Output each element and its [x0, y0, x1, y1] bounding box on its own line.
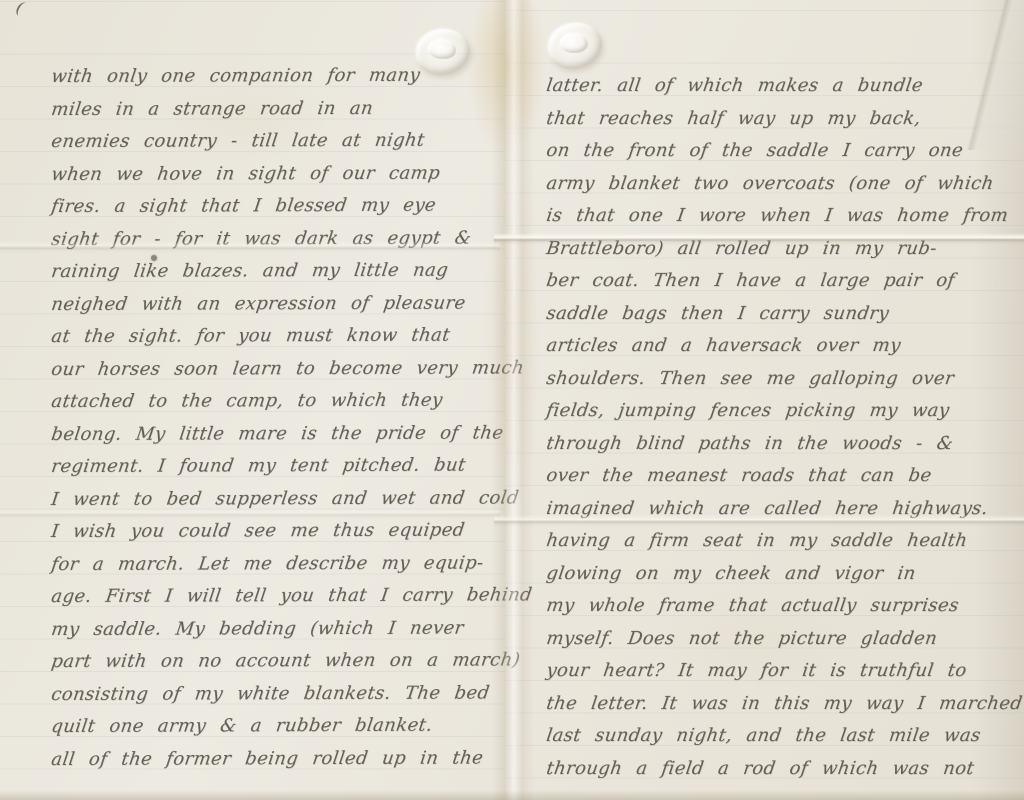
handwritten-line: the letter. It was in this my way I marc…	[544, 688, 1023, 721]
handwritten-line: army blanket two overcoats (one of which	[544, 168, 1023, 201]
handwritten-line: having a firm seat in my saddle health	[544, 525, 1023, 558]
handwritten-line: that reaches half way up my back,	[544, 103, 1023, 136]
handwritten-line: over the meanest roads that can be	[544, 460, 1023, 493]
handwritten-line: our horses soon learn to become very muc…	[49, 352, 506, 386]
handwritten-line: age. First I will tell you that I carry …	[49, 579, 506, 613]
handwritten-line: ber coat. Then I have a large pair of	[544, 265, 1023, 298]
handwritten-line: enemies country - till late at night	[49, 124, 506, 158]
handwritten-line: my saddle. My bedding (which I never	[49, 612, 506, 646]
page-left-text: with only one companion for manymiles in…	[50, 61, 502, 776]
handwritten-line: attached to the camp, to which they	[49, 384, 506, 418]
page-right-text: latter. all of which makes a bundlethat …	[545, 70, 1019, 785]
handwritten-line: imagined which are called here highways.	[544, 493, 1023, 526]
handwritten-line: latter. all of which makes a bundle	[544, 70, 1023, 103]
handwritten-line: miles in a strange road in an	[49, 92, 506, 126]
handwritten-line: articles and a haversack over my	[544, 330, 1023, 363]
handwritten-line: glowing on my cheek and vigor in	[544, 558, 1023, 591]
handwritten-line: I went to bed supperless and wet and col…	[49, 482, 506, 516]
handwritten-line: last sunday night, and the last mile was	[544, 720, 1023, 753]
handwritten-line: neighed with an expression of pleasure	[49, 287, 506, 321]
letter-page-left: with only one companion for manymiles in…	[0, 0, 505, 800]
handwritten-line: regiment. I found my tent pitched. but	[49, 449, 506, 483]
handwritten-line: saddle bags then I carry sundry	[544, 298, 1023, 331]
handwritten-line: belong. My little mare is the pride of t…	[49, 417, 506, 451]
handwritten-line: quilt one army & a rubber blanket.	[49, 709, 506, 743]
handwritten-line: consisting of my white blankets. The bed	[49, 677, 506, 711]
handwritten-line: when we hove in sight of our camp	[49, 157, 506, 191]
handwritten-line: sight for - for it was dark as egypt &	[49, 222, 506, 256]
handwritten-line: is that one I wore when I was home from	[544, 200, 1023, 233]
handwritten-line: raining like blazes. and my little nag	[49, 254, 506, 288]
letter-scan: with only one companion for manymiles in…	[0, 0, 1024, 800]
handwritten-line: for a march. Let me describe my equip-	[49, 547, 506, 581]
handwritten-line: your heart? It may for it is truthful to	[544, 655, 1023, 688]
handwritten-line: I wish you could see me thus equiped	[49, 514, 506, 548]
handwritten-line: my whole frame that actually surprises	[544, 590, 1023, 623]
handwritten-line: myself. Does not the picture gladden	[544, 623, 1023, 656]
handwritten-line: through blind paths in the woods - &	[544, 428, 1023, 461]
handwritten-line: Brattleboro) all rolled up in my rub-	[544, 233, 1023, 266]
handwritten-line: on the front of the saddle I carry one	[544, 135, 1023, 168]
handwritten-line: part with on no account when on a march)	[49, 644, 506, 678]
ink-blot	[151, 255, 157, 261]
handwritten-line: all of the former being rolled up in the	[49, 742, 506, 776]
handwritten-line: fires. a sight that I blessed my eye	[49, 189, 506, 223]
handwritten-line: fields, jumping fences picking my way	[544, 395, 1023, 428]
handwritten-line: at the sight. for you must know that	[49, 319, 506, 353]
letter-page-right: latter. all of which makes a bundlethat …	[505, 0, 1024, 800]
handwritten-line: through a field a rod of which was not	[544, 753, 1023, 786]
handwritten-line: shoulders. Then see me galloping over	[544, 363, 1023, 396]
